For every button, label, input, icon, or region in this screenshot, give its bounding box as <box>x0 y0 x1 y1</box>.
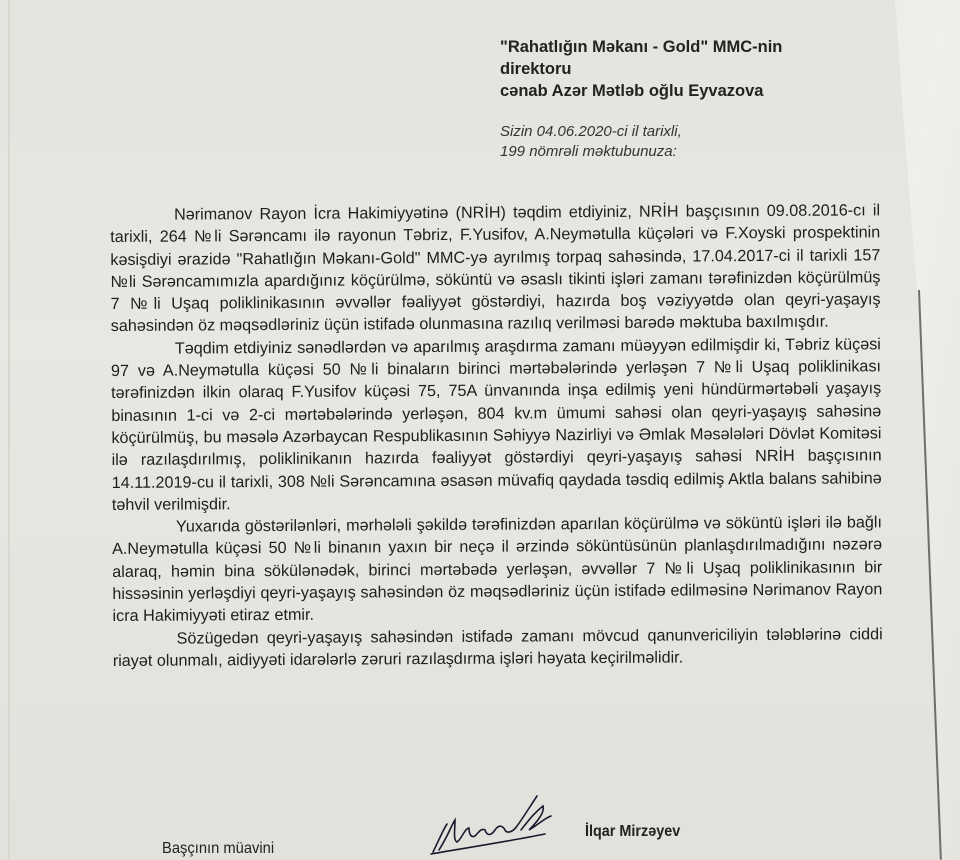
addressee-name: cənab Azər Mətləb oğlu Eyvazova <box>500 80 860 102</box>
letter-body: Nərimanov Rayon İcra Hakimiyyətinə (NRİH… <box>110 199 883 672</box>
signatory-name: İlqar Mirzəyev <box>585 823 680 841</box>
addressee-position: direktoru <box>500 58 860 80</box>
reference-block: Sizin 04.06.2020-ci il tarixli, 199 nömr… <box>500 122 820 162</box>
paragraph-4: Sözügedən qeyri-yaşayış sahəsindən istif… <box>113 623 883 672</box>
letter-page: "Rahatlığın Məkanı - Gold" MMC-nin direk… <box>0 0 960 860</box>
reference-number: 199 nömrəli məktubunuza: <box>500 142 820 162</box>
page-left-edge <box>8 0 10 860</box>
handwritten-signature-icon <box>425 790 585 860</box>
signatory-title: Başçının müavini <box>162 840 274 858</box>
reference-date: Sizin 04.06.2020-ci il tarixli, <box>500 122 820 142</box>
addressee-company: "Rahatlığın Məkanı - Gold" MMC-nin <box>500 36 860 58</box>
paragraph-3: Yuxarıda göstərilənləri, mərhələli şəkil… <box>112 511 883 627</box>
addressee-block: "Rahatlığın Məkanı - Gold" MMC-nin direk… <box>500 36 860 102</box>
paragraph-1: Nərimanov Rayon İcra Hakimiyyətinə (NRİH… <box>110 199 881 337</box>
paragraph-2: Təqdim etdiyiniz sənədlərdən və aparılmı… <box>111 333 882 516</box>
